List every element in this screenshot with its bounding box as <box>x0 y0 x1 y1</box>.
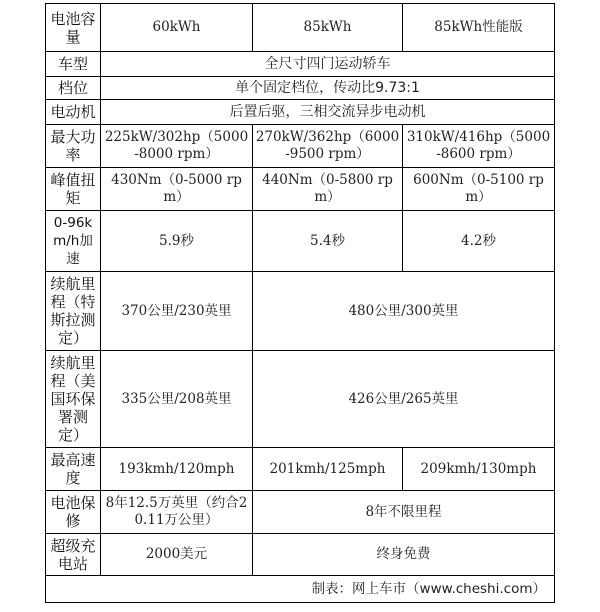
cell: 4.2秒 <box>403 211 555 272</box>
cell: 600Nm（0-5100 rpm） <box>403 168 555 211</box>
row-label: 续航里程（美国环保署测定） <box>46 351 101 448</box>
cell: 60kWh <box>101 4 253 52</box>
cell: 201kmh/125mph <box>253 448 403 491</box>
spec-comparison-table: 电池容量 60kWh 85kWh 85kWh性能版 车型 全尺寸四门运动轿车 档… <box>45 3 555 603</box>
cell: 335公里/208英里 <box>101 351 253 448</box>
cell: 后置后驱，三相交流异步电动机 <box>101 100 555 125</box>
table-source-credit: 制表：网上车市（www.cheshi.com） <box>46 576 555 603</box>
row-acceleration: 0-96km/h加速 5.9秒 5.4秒 4.2秒 <box>46 211 555 272</box>
row-label: 电动机 <box>46 100 101 125</box>
cell: 8年不限里程 <box>253 491 555 534</box>
row-body-type: 车型 全尺寸四门运动轿车 <box>46 52 555 77</box>
row-top-speed: 最高速度 193kmh/120mph 201kmh/125mph 209kmh/… <box>46 448 555 491</box>
row-range-tesla: 续航里程（特斯拉测定） 370公里/230英里 480公里/300英里 <box>46 272 555 351</box>
row-battery: 电池容量 60kWh 85kWh 85kWh性能版 <box>46 4 555 52</box>
cell: 430Nm（0-5000 rpm） <box>101 168 253 211</box>
cell: 全尺寸四门运动轿车 <box>101 52 555 77</box>
cell: 单个固定档位，传动比9.73:1 <box>101 77 555 100</box>
cell: 5.4秒 <box>253 211 403 272</box>
cell: 2000美元 <box>101 534 253 576</box>
cell: 370公里/230英里 <box>101 272 253 351</box>
row-max-power: 最大功率 225kW/302hp（5000-8000 rpm） 270kW/36… <box>46 125 555 168</box>
row-label: 电池保修 <box>46 491 101 534</box>
row-footer: 制表：网上车市（www.cheshi.com） <box>46 576 555 603</box>
cell: 终身免费 <box>253 534 555 576</box>
cell: 426公里/265英里 <box>253 351 555 448</box>
cell: 480公里/300英里 <box>253 272 555 351</box>
row-label: 超级充电站 <box>46 534 101 576</box>
cell: 310kW/416hp（5000-8600 rpm） <box>403 125 555 168</box>
cell: 85kWh <box>253 4 403 52</box>
row-label: 最高速度 <box>46 448 101 491</box>
row-label: 0-96km/h加速 <box>46 211 101 272</box>
cell: 270kW/362hp（6000-9500 rpm） <box>253 125 403 168</box>
row-range-epa: 续航里程（美国环保署测定） 335公里/208英里 426公里/265英里 <box>46 351 555 448</box>
cell: 8年12.5万英里（约合20.11万公里） <box>101 491 253 534</box>
row-label: 最大功率 <box>46 125 101 168</box>
row-gear: 档位 单个固定档位，传动比9.73:1 <box>46 77 555 100</box>
row-peak-torque: 峰值扭矩 430Nm（0-5000 rpm） 440Nm（0-5800 rpm）… <box>46 168 555 211</box>
cell: 225kW/302hp（5000-8000 rpm） <box>101 125 253 168</box>
row-motor: 电动机 后置后驱，三相交流异步电动机 <box>46 100 555 125</box>
row-supercharger: 超级充电站 2000美元 终身免费 <box>46 534 555 576</box>
row-label: 续航里程（特斯拉测定） <box>46 272 101 351</box>
cell: 5.9秒 <box>101 211 253 272</box>
row-label: 峰值扭矩 <box>46 168 101 211</box>
cell: 209kmh/130mph <box>403 448 555 491</box>
cell: 85kWh性能版 <box>403 4 555 52</box>
row-battery-warranty: 电池保修 8年12.5万英里（约合20.11万公里） 8年不限里程 <box>46 491 555 534</box>
row-label: 档位 <box>46 77 101 100</box>
row-label: 车型 <box>46 52 101 77</box>
row-label: 电池容量 <box>46 4 101 52</box>
cell: 193kmh/120mph <box>101 448 253 491</box>
cell: 440Nm（0-5800 rpm） <box>253 168 403 211</box>
